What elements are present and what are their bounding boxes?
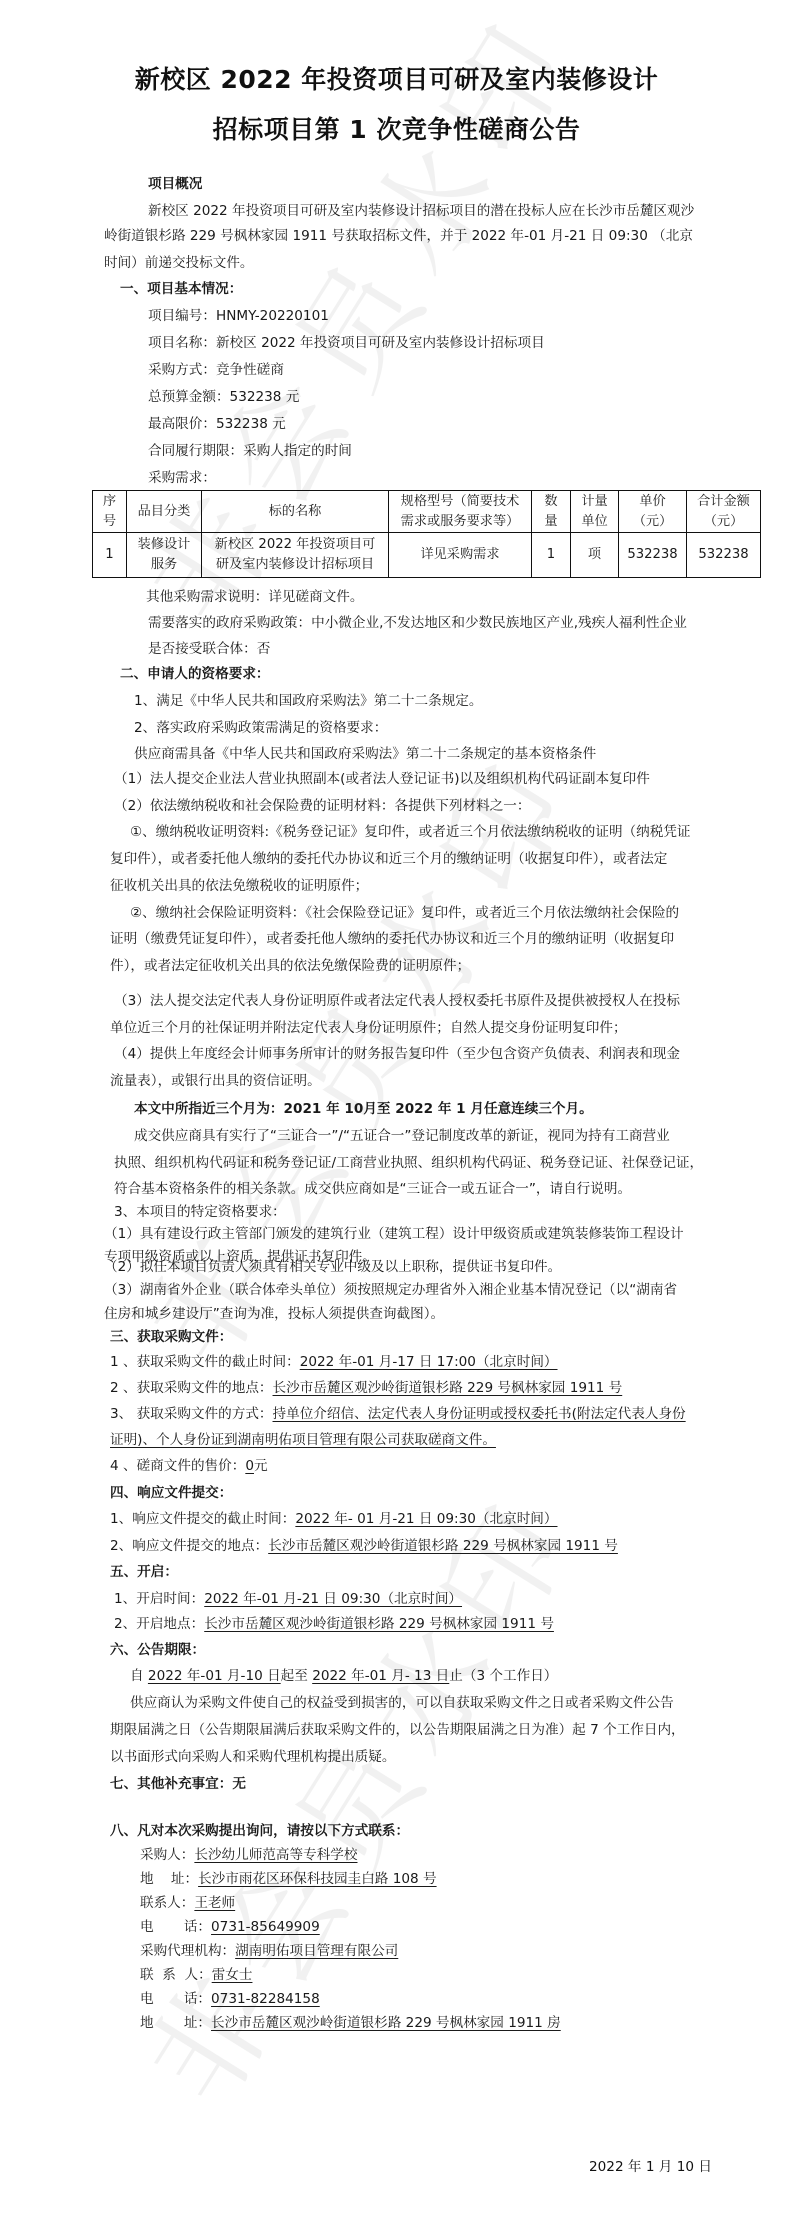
- purchaser: 采购人：长沙幼儿师范高等专科学校: [140, 1846, 358, 1864]
- col-item-name: 标的名称: [202, 491, 389, 533]
- qualification-item: 2、落实政府采购政策需满足的资格要求：: [134, 719, 387, 737]
- col-unit: 计量单位: [571, 491, 619, 533]
- three-months-note: 本文中所指近三个月为：2021 年 10月至 2022 年 1 月任意连续三个月…: [134, 1100, 593, 1118]
- cell-spec: 详见采购需求: [389, 533, 532, 578]
- certificate-note: 符合基本资格条件的相关条款。成交供应商如是“三证合一或五证合一”，请自行说明。: [114, 1180, 631, 1198]
- page-title-line2: 招标项目第 1 次竞争性磋商公告: [0, 110, 793, 146]
- cell-no: 1: [93, 533, 127, 578]
- qualification-item: ②、缴纳社会保险证明资料：《社会保险登记证》复印件，或者近三个月依法缴纳社会保险…: [130, 904, 679, 922]
- cell-item-name: 新校区 2022 年投资项目可研及室内装修设计招标项目: [202, 533, 389, 578]
- col-spec: 规格型号（简要技术需求或服务要求等）: [389, 491, 532, 533]
- agency-contact: 联 系 人：雷女士: [140, 1966, 252, 1984]
- max-price: 最高限价：532238 元: [148, 415, 286, 433]
- obtain-location: 2 、获取采购文件的地点：长沙市岳麓区观沙岭街道银杉路 229 号枫林家园 19…: [110, 1379, 622, 1397]
- cell-unit-price: 532238: [619, 533, 687, 578]
- procurement-method: 采购方式：竞争性磋商: [148, 361, 284, 379]
- table-row: 1 装修设计服务 新校区 2022 年投资项目可研及室内装修设计招标项目 详见采…: [93, 533, 761, 578]
- qualification-item: 供应商需具备《中华人民共和国政府采购法》第二十二条规定的基本资格条件: [134, 745, 596, 763]
- cell-total: 532238: [687, 533, 761, 578]
- section3-heading: 三、获取采购文件：: [110, 1328, 232, 1346]
- submission-deadline: 1、响应文件提交的截止时间：2022 年- 01 月-21 日 09:30（北京…: [110, 1510, 558, 1528]
- agency-phone: 电 话：0731-82284158: [140, 1990, 320, 2008]
- qualification-item: 复印件），或者委托他人缴纳的委托代办协议和近三个月的缴纳证明（收据复印件），或者…: [110, 850, 667, 868]
- qualification-item: ①、缴纳税收证明资料:《税务登记证》复印件，或者近三个月依法缴纳税收的证明（纳税…: [130, 823, 691, 841]
- overview-text: 新校区 2022 年投资项目可研及室内装修设计招标项目的潜在投标人应在长沙市岳麓…: [148, 202, 694, 220]
- announcement-period: 自 2022 年-01 月-10 日起至 2022 年-01 月- 13 日止（…: [130, 1667, 557, 1685]
- qualification-item: （4）提供上年度经会计师事务所审计的财务报告复印件（至少包含资产负债表、利润表和…: [114, 1045, 680, 1063]
- obtain-deadline: 1 、获取采购文件的截止时间：2022 年-01 月-17 日 17:00（北京…: [110, 1353, 558, 1371]
- project-name: 项目名称：新校区 2022 年投资项目可研及室内装修设计招标项目: [148, 334, 545, 352]
- specific-qualification: 住房和城乡建设厅”查询为准，投标人须提供查询截图）。: [104, 1305, 444, 1323]
- cell-category: 装修设计服务: [127, 533, 202, 578]
- qualification-item: （2）依法缴纳税收和社会保险费的证明材料：各提供下列材料之一：: [114, 797, 530, 815]
- qualification-item: 3、本项目的特定资格要求：: [114, 1203, 286, 1221]
- section1-heading: 一、项目基本情况：: [120, 280, 242, 298]
- section5-heading: 五、开启：: [110, 1563, 178, 1581]
- purchaser-address: 地 址：长沙市雨花区环保科技园圭白路 108 号: [140, 1870, 437, 1888]
- complaint-note: 期限届满之日（公告期限届满后获取采购文件的，以公告期限届满之日为准）起 7 个工…: [110, 1721, 685, 1739]
- purchaser-phone: 电 话：0731-85649909: [140, 1918, 320, 1936]
- section2-heading: 二、申请人的资格要求：: [120, 665, 270, 683]
- qualification-item: 件），或者法定征收机关出具的依法免缴保险费的证明原件；: [110, 957, 470, 975]
- qualification-item: （3）法人提交法定代表人身份证明原件或者法定代表人授权委托书原件及提供被授权人在…: [114, 992, 680, 1010]
- complaint-note: 以书面形式向采购人和采购代理机构提出质疑。: [110, 1748, 395, 1766]
- agency-address: 地 址：长沙市岳麓区观沙岭街道银杉路 229 号枫林家园 1911 房: [140, 2014, 561, 2032]
- section7-heading: 七、其他补充事宜：无: [110, 1775, 246, 1793]
- cell-qty: 1: [532, 533, 571, 578]
- project-number: 项目编号：HNMY-20220101: [148, 307, 329, 325]
- col-total: 合计金额（元）: [687, 491, 761, 533]
- submission-location: 2、响应文件提交的地点：长沙市岳麓区观沙岭街道银杉路 229 号枫林家园 191…: [110, 1537, 618, 1555]
- procurement-policy: 需要落实的政府采购政策：中小微企业,不发达地区和少数民族地区产业,残疾人福利性企…: [148, 614, 687, 632]
- qualification-item: 1、满足《中华人民共和国政府采购法》第二十二条规定。: [134, 692, 483, 710]
- other-requirements: 其他采购需求说明：详见磋商文件。: [146, 588, 364, 606]
- specific-qualification: （1）具有建设行政主管部门颁发的建筑行业（建筑工程）设计甲级资质或建筑装修装饰工…: [104, 1225, 684, 1243]
- qualification-item: 征收机关出具的依法免缴税收的证明原件；: [110, 877, 368, 895]
- page-title-line1: 新校区 2022 年投资项目可研及室内装修设计: [0, 60, 793, 96]
- qualification-item: 单位近三个月的社保证明并附法定代表人身份证明原件；自然人提交身份证明复印件；: [110, 1019, 627, 1037]
- col-unit-price: 单价（元）: [619, 491, 687, 533]
- col-category: 品目分类: [127, 491, 202, 533]
- complaint-note: 供应商认为采购文件使自己的权益受到损害的，可以自获取采购文件之日或者采购文件公告: [130, 1694, 674, 1712]
- total-budget: 总预算金额：532238 元: [148, 388, 299, 406]
- cell-unit: 项: [571, 533, 619, 578]
- col-no: 序号: [93, 491, 127, 533]
- section6-heading: 六、公告期限：: [110, 1641, 205, 1659]
- specific-qualification: （2）拟任本项目负责人须具有相关专业中级及以上职称，提供证书复印件。: [104, 1258, 561, 1276]
- specific-qualification: （3）湖南省外企业（联合体牵头单位）须按照规定办理省外入湘企业基本情况登记（以“…: [104, 1281, 677, 1299]
- overview-text: 岭街道银杉路 229 号枫林家园 1911 号获取招标文件，并于 2022 年-…: [104, 227, 693, 245]
- section4-heading: 四、响应文件提交：: [110, 1484, 232, 1502]
- qualification-item: 流量表），或银行出具的资信证明。: [110, 1072, 321, 1090]
- table-header-row: 序号 品目分类 标的名称 规格型号（简要技术需求或服务要求等） 数量 计量单位 …: [93, 491, 761, 533]
- contract-period: 合同履行期限：采购人指定的时间: [148, 442, 352, 460]
- overview-heading: 项目概况: [148, 175, 202, 193]
- document-price: 4 、磋商文件的售价：0元: [110, 1457, 268, 1475]
- opening-location: 2、开启地点：长沙市岳麓区观沙岭街道银杉路 229 号枫林家园 1911 号: [114, 1615, 554, 1633]
- overview-text: 时间）前递交投标文件。: [104, 254, 254, 272]
- section8-heading: 八、凡对本次采购提出询问，请按以下方式联系：: [110, 1822, 409, 1840]
- announcement-date: 2022 年 1 月 10 日: [589, 2155, 712, 2175]
- col-qty: 数量: [532, 491, 571, 533]
- consortium: 是否接受联合体：否: [148, 640, 270, 658]
- opening-time: 1、开启时间：2022 年-01 月-21 日 09:30（北京时间）: [114, 1590, 462, 1608]
- certificate-note: 成交供应商具有实行了“三证合一”/“五证合一”登记制度改革的新证，视同为持有工商…: [134, 1127, 670, 1145]
- requirements-label: 采购需求：: [148, 469, 216, 487]
- agency: 采购代理机构：湖南明佑项目管理有限公司: [140, 1942, 398, 1960]
- announcement-page: 非会员水印 非会员水印 非会员水印 新校区 2022 年投资项目可研及室内装修设…: [0, 0, 793, 2224]
- obtain-method-cont: 证明)、个人身份证到湖南明佑项目管理有限公司获取磋商文件。: [110, 1431, 496, 1449]
- certificate-note: 执照、组织机构代码证和税务登记证/工商营业执照、组织机构代码证、税务登记证、社保…: [114, 1154, 703, 1172]
- obtain-method: 3、 获取采购文件的方式：持单位介绍信、法定代表人身份证明或授权委托书(附法定代…: [110, 1405, 686, 1423]
- qualification-item: 证明（缴费凭证复印件），或者委托他人缴纳的委托代办协议和近三个月的缴纳证明（收据…: [110, 930, 674, 948]
- purchaser-contact: 联系人：王老师: [140, 1894, 235, 1912]
- requirements-table: 序号 品目分类 标的名称 规格型号（简要技术需求或服务要求等） 数量 计量单位 …: [92, 490, 761, 578]
- qualification-item: （1）法人提交企业法人营业执照副本(或者法人登记证书)以及组织机构代码证副本复印…: [114, 770, 650, 788]
